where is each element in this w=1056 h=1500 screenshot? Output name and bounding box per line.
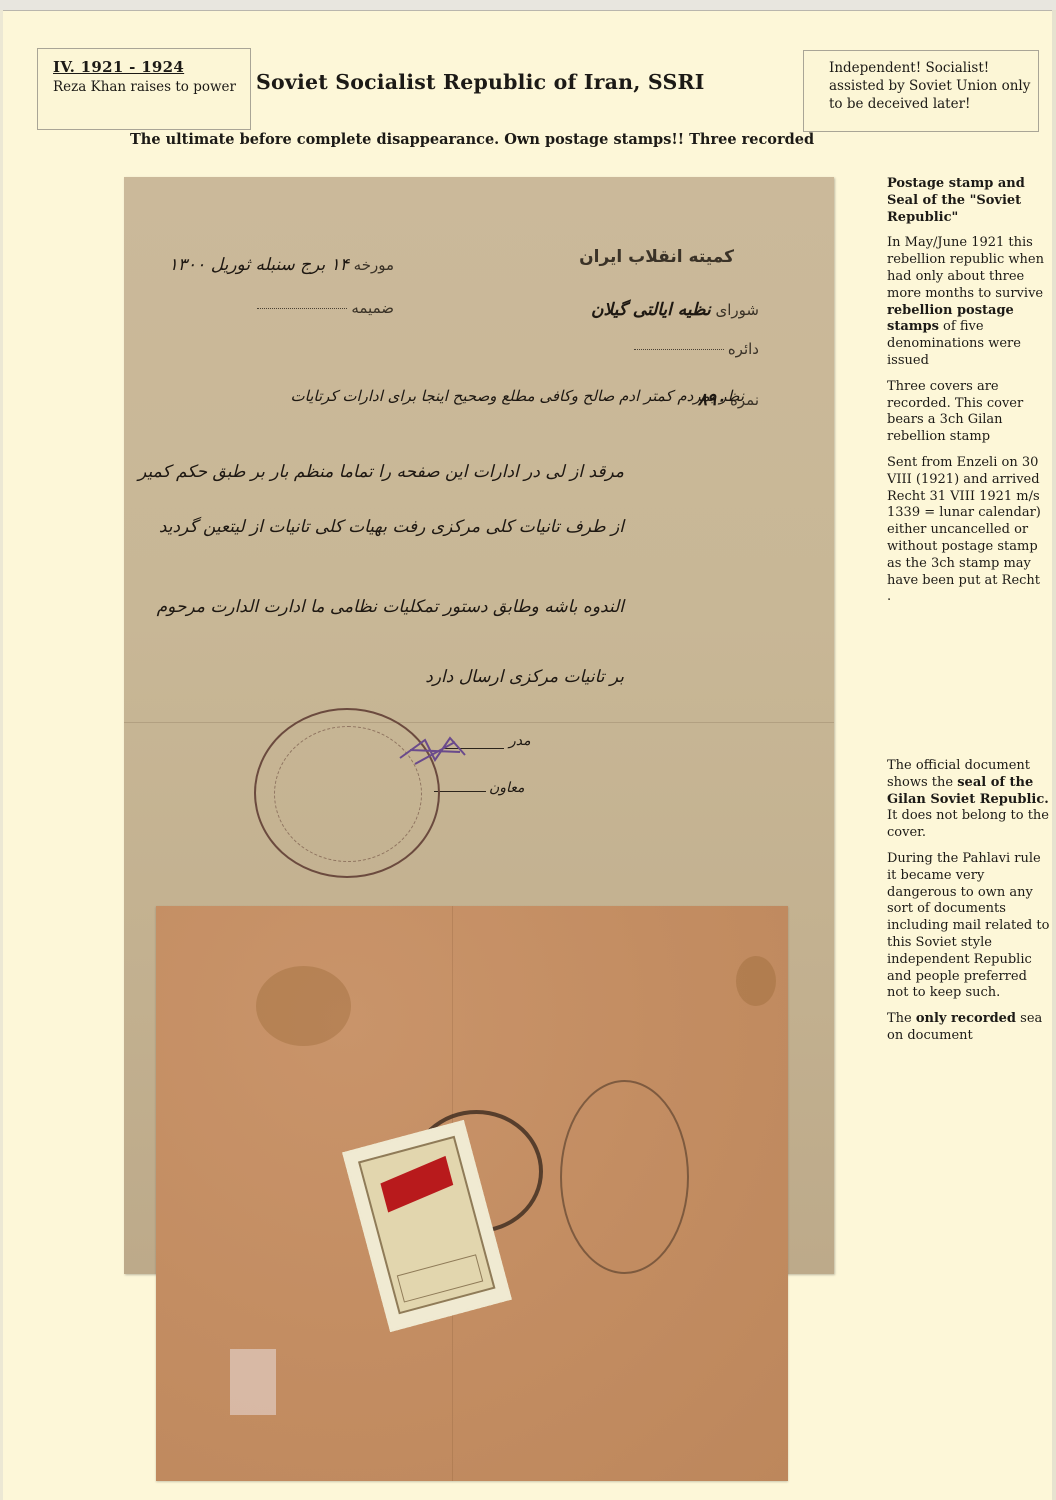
note-text: Independent! Socialist! assisted by Sovi… [829,59,1034,113]
sidebar-paragraph-issue: In May/June 1921 this rebellion republic… [887,235,1052,369]
document-fold-line [124,722,834,723]
sidebar-paragraph-covers: Three covers are recorded. This cover be… [887,379,1052,446]
date-label: مورخه [354,256,394,274]
sidebar-paragraph-pahlavi: During the Pahlavi rule it became very d… [887,851,1052,1002]
era-subtitle: Reza Khan raises to power [53,79,243,96]
department-label: دائره [728,340,759,358]
document-department-row: دائره [630,340,759,358]
handwritten-line: نظر بمردم کمتر ادم صالح وکافی مطلع وصحیح… [291,387,744,405]
handwritten-line: الندوه باشه وطابق دستور تمکلیات نظامی ما… [157,597,624,617]
purple-signature-icon [395,730,475,770]
handwritten-line: مرقد از لی در ادارات این صفحه را تماما م… [138,462,624,482]
handwritten-line: بر تانیات مرکزی ارسال دارد [425,667,624,687]
page-subtitle: The ultimate before complete disappearan… [130,131,814,148]
scan-top-edge [0,0,1056,11]
council-label: شورای [716,301,759,319]
document-council-row: شورای نظیه ایالتی گیلان [591,300,759,320]
sidebar-notes: Postage stamp and Seal of the "Soviet Re… [887,176,1052,615]
council-value: نظیه ایالتی گیلان [591,300,711,320]
document-attachment-row: ضمیمه [253,299,394,317]
note-box: Independent! Socialist! assisted by Sovi… [803,50,1039,132]
arrival-postmark [560,1080,689,1274]
hinge-tape [230,1349,276,1415]
document-printed-heading: کمیته انقلاب ایران [579,247,734,267]
era-title: IV. 1921 - 1924 [53,58,184,76]
stamp-frame [358,1136,495,1314]
sidebar-paragraph-route: Sent from Enzeli on 30 VIII (1921) and a… [887,455,1052,606]
era-box: IV. 1921 - 1924 Reza Khan raises to powe… [37,48,251,130]
scan-left-edge [0,10,3,1500]
sidebar-paragraph-only-recorded: The only recorded sea on document [887,1011,1052,1045]
signature-line [434,791,486,792]
document-date-row: مورخه ۱۴ برج سنبله ثوریل ۱۳۰۰ [169,255,394,275]
handwritten-line: از طرف تانیات کلی مرکزی رفت بهیات کلی تا… [159,517,624,537]
scan-right-edge [1052,10,1056,1500]
sidebar-notes-lower: The official document shows the seal of … [887,758,1052,1054]
stain [256,966,351,1046]
page-title: Soviet Socialist Republic of Iran, SSRI [256,70,705,94]
signature-label-deputy: معاون [489,780,525,796]
stamp-label [397,1254,483,1302]
attachment-label: ضمیمه [351,299,394,317]
sidebar-paragraph-seal: The official document shows the seal of … [887,758,1052,842]
stain [736,956,776,1006]
signature-label-chairman: مدر [509,733,531,749]
red-flag-icon [380,1156,453,1213]
sidebar-heading: Postage stamp and Seal of the "Soviet Re… [887,176,1025,225]
date-value: ۱۴ برج سنبله ثوریل ۱۳۰۰ [169,255,349,275]
